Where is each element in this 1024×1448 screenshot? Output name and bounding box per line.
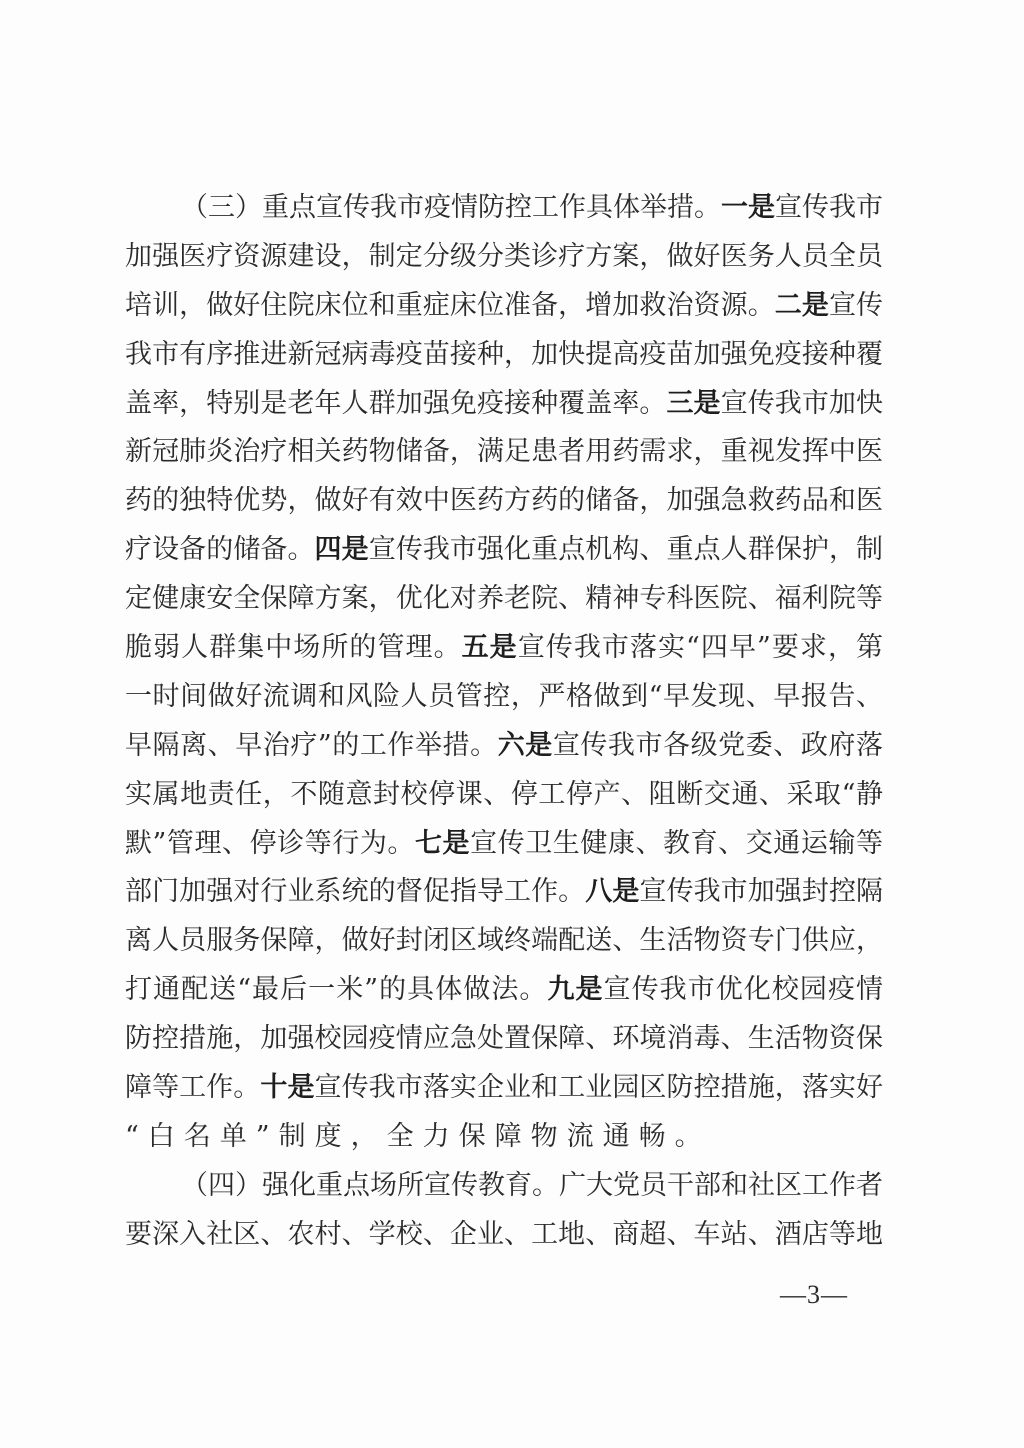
section-3-line: 定健康安全保障方案，优化对养老院、精神专科医院、福利院等 (125, 575, 883, 624)
section-3-line: 培训，做好住院床位和重症床位准备，增加救治资源。二是宣传 (125, 282, 883, 331)
document-body: （三）重点宣传我市疫情防控工作具体举措。一是宣传我市加强医疗资源建设，制定分级分… (125, 184, 883, 1260)
ordinal-emphasis: 三是 (666, 388, 720, 419)
section-3-line: 一时间做好流调和风险人员管控，严格做到“早发现、早报告、 (125, 673, 883, 722)
section-3-line: 实属地责任，不随意封校停课、停工停产、阻断交通、采取“静 (125, 771, 883, 820)
text-run: 盖率，特别是老年人群加强免疫接种覆盖率。 (125, 388, 666, 419)
section-4-line: （四）强化重点场所宣传教育。广大党员干部和社区工作者 (125, 1162, 883, 1211)
text-run: 疗设备的储备。 (125, 534, 315, 565)
section-3-line: 默”管理、停诊等行为。七是宣传卫生健康、教育、交通运输等 (125, 820, 883, 869)
text-run: 打通配送“最后一米”的具体做法。 (125, 974, 547, 1005)
text-run: 新冠肺炎治疗相关药物储备，满足患者用药需求，重视发挥中医 (125, 436, 883, 467)
section-3-line: 盖率，特别是老年人群加强免疫接种覆盖率。三是宣传我市加快 (125, 380, 883, 429)
document-page: （三）重点宣传我市疫情防控工作具体举措。一是宣传我市加强医疗资源建设，制定分级分… (0, 0, 1024, 1448)
section-3-line: 防控措施，加强校园疫情应急处置保障、环境消毒、生活物资保 (125, 1015, 883, 1064)
text-run: 宣传我市各级党委、政府落 (553, 730, 883, 761)
text-run: 实属地责任，不随意封校停课、停工停产、阻断交通、采取“静 (125, 779, 883, 810)
text-run: 宣传我市落实“四早”要求，第 (518, 632, 883, 663)
section-3-line: 我市有序推进新冠病毒疫苗接种，加快提高疫苗加强免疫接种覆 (125, 331, 883, 380)
text-run: 宣传我市加强封控隔 (639, 876, 883, 907)
section-3-paragraph: （三）重点宣传我市疫情防控工作具体举措。一是宣传我市加强医疗资源建设，制定分级分… (125, 184, 883, 1162)
text-run: 障等工作。 (125, 1072, 260, 1103)
section-4-paragraph: （四）强化重点场所宣传教育。广大党员干部和社区工作者要深入社区、农村、学校、企业… (125, 1162, 883, 1260)
text-run: 早隔离、早治疗”的工作举措。 (125, 730, 498, 761)
section-3-line: 疗设备的储备。四是宣传我市强化重点机构、重点人群保护，制 (125, 526, 883, 575)
section-3-line: 药的独特优势，做好有效中医药方药的储备，加强急救药品和医 (125, 477, 883, 526)
text-run: 要深入社区、农村、学校、企业、工地、商超、车站、酒店等地 (125, 1219, 883, 1250)
ordinal-emphasis: 五是 (462, 632, 518, 663)
text-run: 离人员服务保障，做好封闭区域终端配送、生活物资专门供应， (125, 925, 883, 956)
text-run: 宣传我市强化重点机构、重点人群保护，制 (369, 534, 883, 565)
ordinal-emphasis: 六是 (498, 730, 553, 761)
section-3-line: 部门加强对行业系统的督促指导工作。八是宣传我市加强封控隔 (125, 868, 883, 917)
text-run: （三）重点宣传我市疫情防控工作具体举措。 (181, 192, 721, 223)
section-3-line: “白名单”制度，全力保障物流通畅。 (125, 1113, 883, 1162)
page-number: —3— (780, 1280, 848, 1310)
text-run: 默”管理、停诊等行为。 (125, 828, 415, 859)
text-run: 宣传我市落实企业和工业园区防控措施，落实好 (315, 1072, 883, 1103)
text-run: 培训，做好住院床位和重症床位准备，增加救治资源。 (125, 290, 775, 321)
text-run: “白名单”制度，全力保障物流通畅。 (125, 1121, 711, 1152)
text-run: 定健康安全保障方案，优化对养老院、精神专科医院、福利院等 (125, 583, 883, 614)
ordinal-emphasis: 八是 (585, 876, 639, 907)
text-run: 宣传我市 (775, 192, 883, 223)
text-run: 宣传我市优化校园疫情 (604, 974, 883, 1005)
section-3-line: 早隔离、早治疗”的工作举措。六是宣传我市各级党委、政府落 (125, 722, 883, 771)
ordinal-emphasis: 九是 (547, 974, 603, 1005)
ordinal-emphasis: 一是 (721, 192, 775, 223)
ordinal-emphasis: 十是 (260, 1072, 314, 1103)
section-3-line: 离人员服务保障，做好封闭区域终端配送、生活物资专门供应， (125, 917, 883, 966)
text-run: 一时间做好流调和风险人员管控，严格做到“早发现、早报告、 (125, 681, 883, 712)
text-run: 部门加强对行业系统的督促指导工作。 (125, 876, 585, 907)
ordinal-emphasis: 四是 (315, 534, 369, 565)
section-3-line: 脆弱人群集中场所的管理。五是宣传我市落实“四早”要求，第 (125, 624, 883, 673)
section-4-line: 要深入社区、农村、学校、企业、工地、商超、车站、酒店等地 (125, 1211, 883, 1260)
section-3-line: （三）重点宣传我市疫情防控工作具体举措。一是宣传我市 (125, 184, 883, 233)
text-run: 加强医疗资源建设，制定分级分类诊疗方案，做好医务人员全员 (125, 241, 883, 272)
text-run: 防控措施，加强校园疫情应急处置保障、环境消毒、生活物资保 (125, 1023, 883, 1054)
text-run: 脆弱人群集中场所的管理。 (125, 632, 462, 663)
text-run: （四）强化重点场所宣传教育。广大党员干部和社区工作者 (181, 1170, 883, 1201)
ordinal-emphasis: 二是 (775, 290, 829, 321)
ordinal-emphasis: 七是 (415, 828, 470, 859)
section-3-line: 障等工作。十是宣传我市落实企业和工业园区防控措施，落实好 (125, 1064, 883, 1113)
section-3-line: 打通配送“最后一米”的具体做法。九是宣传我市优化校园疫情 (125, 966, 883, 1015)
text-run: 宣传卫生健康、教育、交通运输等 (470, 828, 883, 859)
section-3-line: 加强医疗资源建设，制定分级分类诊疗方案，做好医务人员全员 (125, 233, 883, 282)
text-run: 我市有序推进新冠病毒疫苗接种，加快提高疫苗加强免疫接种覆 (125, 339, 883, 370)
text-run: 药的独特优势，做好有效中医药方药的储备，加强急救药品和医 (125, 485, 883, 516)
text-run: 宣传 (829, 290, 883, 321)
text-run: 宣传我市加快 (721, 388, 883, 419)
section-3-line: 新冠肺炎治疗相关药物储备，满足患者用药需求，重视发挥中医 (125, 428, 883, 477)
